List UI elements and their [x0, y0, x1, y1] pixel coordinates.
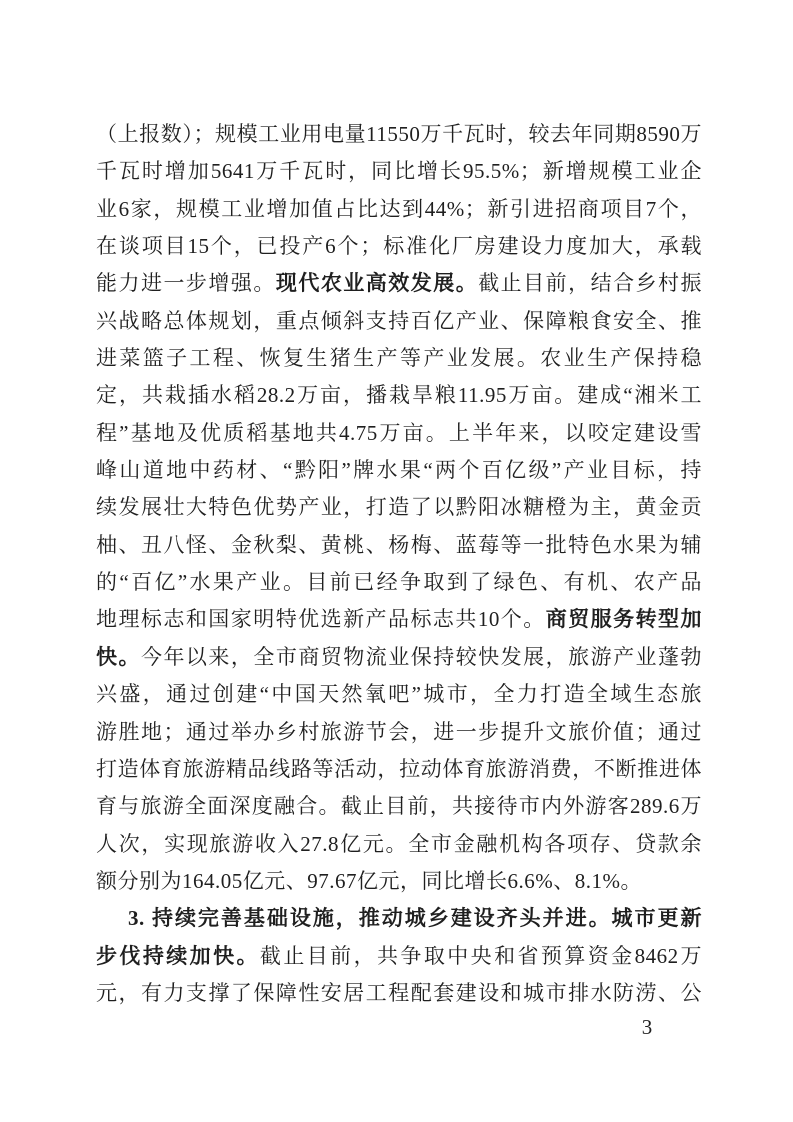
- bold-text-run: 3. 持续完善基础设施，推动城乡建设齐头并进。城市更新: [128, 906, 702, 930]
- text-run: 兴战略总体规划，重点倾斜支持百亿产业、保障粮食安全、推: [96, 309, 702, 333]
- text-line: 额分别为164.05亿元、97.67亿元，同比增长6.6%、8.1%。: [96, 863, 702, 900]
- text-line: 进菜篮子工程、恢复生猪生产等产业发展。农业生产保持稳: [96, 340, 702, 377]
- text-line: 续发展壮大特色优势产业，打造了以黔阳冰糖橙为主，黄金贡: [96, 489, 702, 526]
- text-line: 程”基地及优质稻基地共4.75万亩。上半年来，以咬定建设雪: [96, 415, 702, 452]
- text-run: 定，共栽插水稻28.2万亩，播栽旱粮11.95万亩。建成“湘米工: [96, 383, 702, 407]
- text-line: 元，有力支撑了保障性安居工程配套建设和城市排水防涝、公: [96, 975, 702, 1012]
- text-run: 元，有力支撑了保障性安居工程配套建设和城市排水防涝、公: [96, 981, 702, 1005]
- text-run: 今年以来，全市商贸物流业保持较快发展，旅游产业蓬勃: [141, 645, 702, 669]
- text-run: 人次，实现旅游收入27.8亿元。全市金融机构各项存、贷款余: [96, 832, 702, 856]
- text-run: 在谈项目15个，已投产6个；标准化厂房建设力度加大，承载: [96, 234, 702, 258]
- text-line: 人次，实现旅游收入27.8亿元。全市金融机构各项存、贷款余: [96, 826, 702, 863]
- text-run: 业6家，规模工业增加值占比达到44%；新引进招商项目7个，: [96, 197, 702, 221]
- text-run: 兴盛，通过创建“中国天然氧吧”城市，全力打造全域生态旅: [96, 682, 702, 706]
- text-run: 柚、丑八怪、金秋梨、黄桃、杨梅、蓝莓等一批特色水果为辅: [96, 533, 702, 557]
- bold-text-run: 步伐持续加快。: [96, 944, 260, 968]
- text-run: 峰山道地中药材、“黔阳”牌水果“两个百亿级”产业目标，持: [96, 458, 702, 482]
- text-line: 柚、丑八怪、金秋梨、黄桃、杨梅、蓝莓等一批特色水果为辅: [96, 527, 702, 564]
- text-line: 千瓦时增加5641万千瓦时，同比增长95.5%；新增规模工业企: [96, 153, 702, 190]
- text-run: 游胜地；通过举办乡村旅游节会，进一步提升文旅价值；通过: [96, 720, 702, 744]
- text-line: （上报数）；规模工业用电量11550万千瓦时，较去年同期8590万: [96, 116, 702, 153]
- text-run: （上报数）；规模工业用电量11550万千瓦时，较去年同期8590万: [96, 122, 702, 146]
- bold-text-run: 商贸服务转型加: [546, 607, 702, 631]
- text-line: 兴战略总体规划，重点倾斜支持百亿产业、保障粮食安全、推: [96, 303, 702, 340]
- text-line: 峰山道地中药材、“黔阳”牌水果“两个百亿级”产业目标，持: [96, 452, 702, 489]
- text-line: 3. 持续完善基础设施，推动城乡建设齐头并进。城市更新: [96, 900, 702, 937]
- text-line: 兴盛，通过创建“中国天然氧吧”城市，全力打造全域生态旅: [96, 676, 702, 713]
- text-line: 的“百亿”水果产业。目前已经争取到了绿色、有机、农产品: [96, 564, 702, 601]
- text-run: 育与旅游全面深度融合。截止目前，共接待市内外游客289.6万: [96, 794, 702, 818]
- text-run: 额分别为164.05亿元、97.67亿元，同比增长6.6%、8.1%。: [96, 869, 642, 893]
- text-line: 步伐持续加快。截止目前，共争取中央和省预算资金8462万: [96, 938, 702, 975]
- text-line: 快。今年以来，全市商贸物流业保持较快发展，旅游产业蓬勃: [96, 639, 702, 676]
- document-page: （上报数）；规模工业用电量11550万千瓦时，较去年同期8590万千瓦时增加56…: [0, 0, 793, 1122]
- text-line: 业6家，规模工业增加值占比达到44%；新引进招商项目7个，: [96, 191, 702, 228]
- text-line: 在谈项目15个，已投产6个；标准化厂房建设力度加大，承载: [96, 228, 702, 265]
- text-run: 续发展壮大特色优势产业，打造了以黔阳冰糖橙为主，黄金贡: [96, 495, 702, 519]
- page-number: 3: [612, 1012, 682, 1042]
- bold-text-run: 现代农业高效发展。: [276, 271, 478, 295]
- text-run: 截止目前，结合乡村振: [478, 271, 702, 295]
- text-run: 地理标志和国家明特优选新产品标志共10个。: [96, 607, 546, 631]
- body-text: （上报数）；规模工业用电量11550万千瓦时，较去年同期8590万千瓦时增加56…: [96, 116, 702, 1012]
- bold-text-run: 快。: [96, 645, 141, 669]
- text-run: 千瓦时增加5641万千瓦时，同比增长95.5%；新增规模工业企: [96, 159, 702, 183]
- text-run: 能力进一步增强。: [96, 271, 276, 295]
- text-line: 打造体育旅游精品线路等活动，拉动体育旅游消费，不断推进体: [96, 751, 702, 788]
- text-line: 地理标志和国家明特优选新产品标志共10个。商贸服务转型加: [96, 601, 702, 638]
- text-line: 游胜地；通过举办乡村旅游节会，进一步提升文旅价值；通过: [96, 714, 702, 751]
- text-line: 能力进一步增强。现代农业高效发展。截止目前，结合乡村振: [96, 265, 702, 302]
- text-line: 定，共栽插水稻28.2万亩，播栽旱粮11.95万亩。建成“湘米工: [96, 377, 702, 414]
- text-run: 截止目前，共争取中央和省预算资金8462万: [260, 944, 702, 968]
- text-run: 进菜篮子工程、恢复生猪生产等产业发展。农业生产保持稳: [96, 346, 702, 370]
- text-run: 打造体育旅游精品线路等活动，拉动体育旅游消费，不断推进体: [96, 757, 702, 781]
- text-run: 的“百亿”水果产业。目前已经争取到了绿色、有机、农产品: [96, 570, 702, 594]
- text-run: 程”基地及优质稻基地共4.75万亩。上半年来，以咬定建设雪: [96, 421, 702, 445]
- text-line: 育与旅游全面深度融合。截止目前，共接待市内外游客289.6万: [96, 788, 702, 825]
